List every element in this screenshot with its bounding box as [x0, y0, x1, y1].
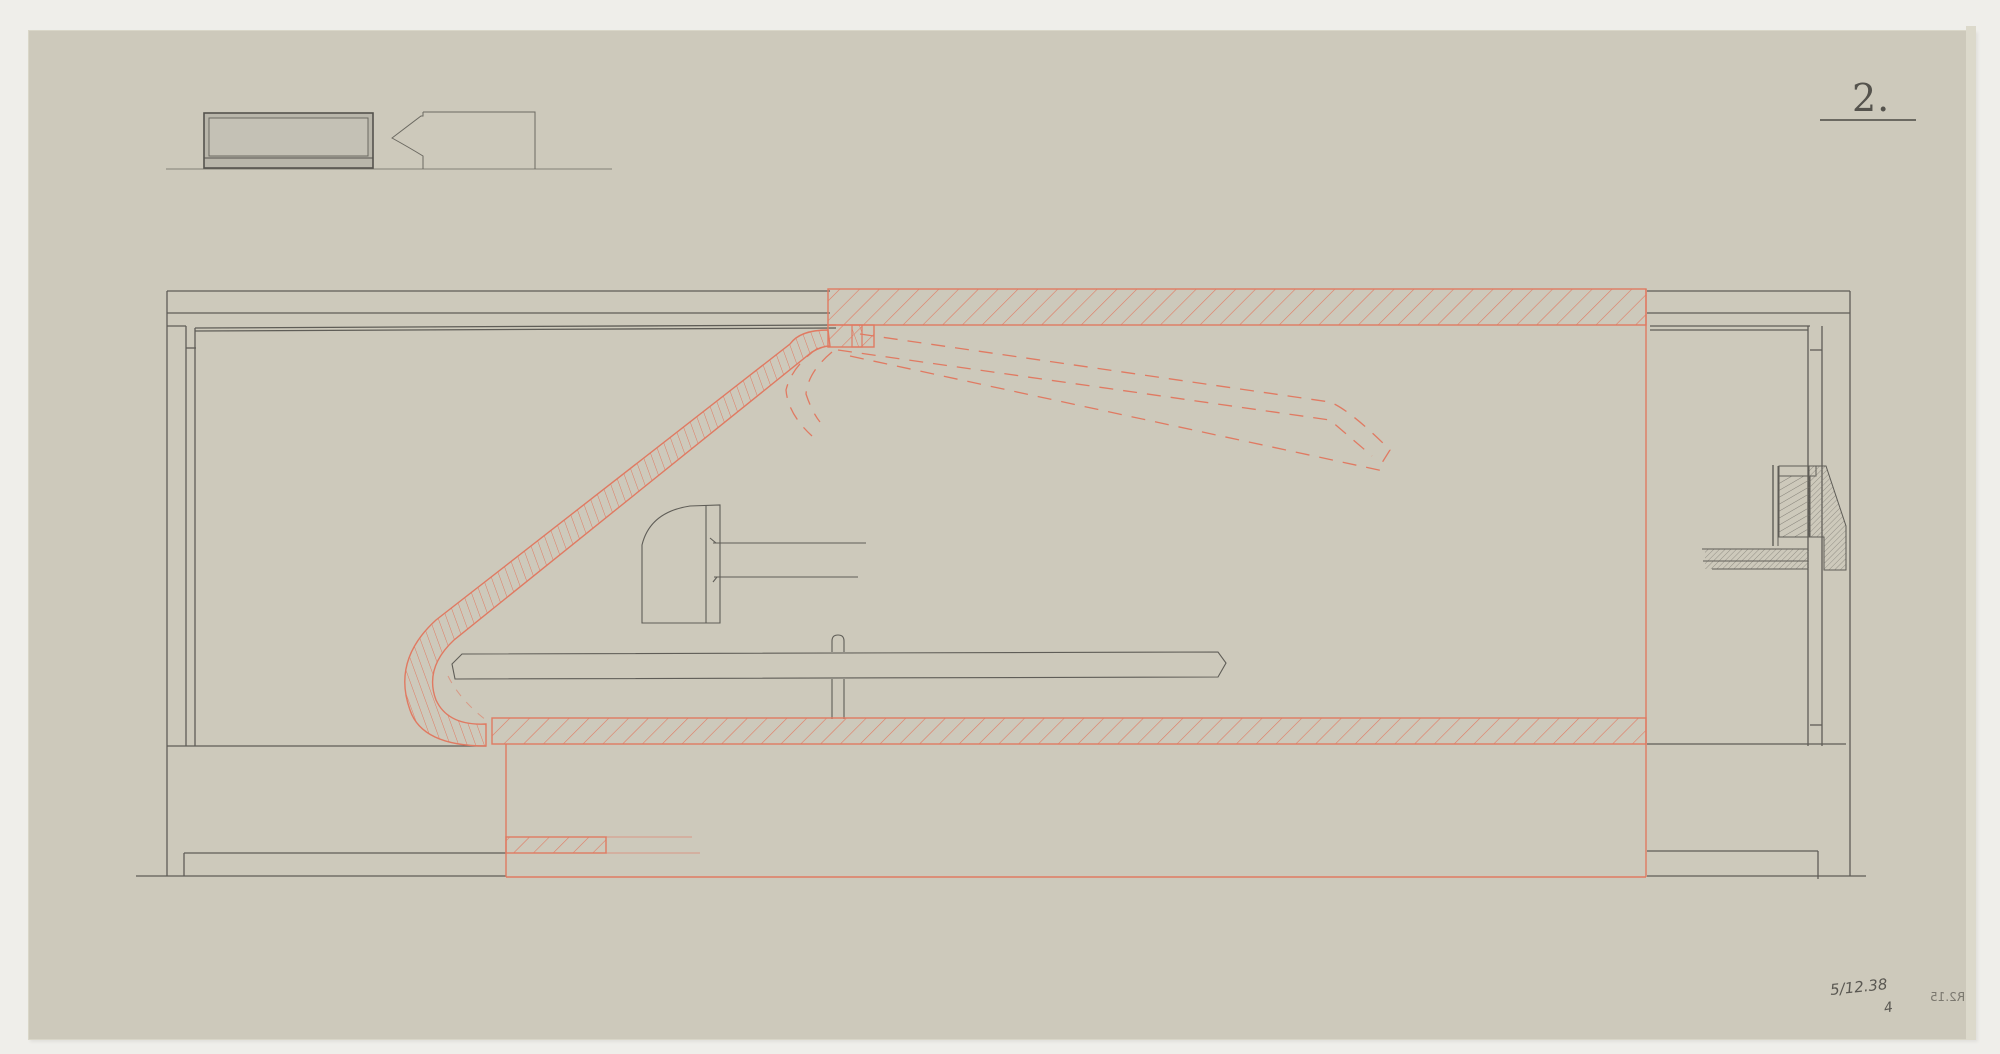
key-plan-thumbnails: [166, 112, 612, 169]
dashed-alternative-canopy: [786, 334, 1390, 472]
red-floor-slab: [492, 718, 1646, 877]
dashed-curve-hint: [448, 676, 486, 720]
thumbnail-elevation: [204, 113, 373, 168]
mirrored-annotation: R2.15: [1930, 990, 1965, 1004]
sheet-number: 2.: [1852, 76, 1890, 120]
right-wall-detail: [1702, 465, 1846, 570]
thumbnail-section: [392, 112, 535, 169]
section-drawing: [0, 0, 2000, 1054]
bench-seat-profile: [642, 505, 866, 623]
red-sloped-wall: [405, 330, 830, 746]
graphite-outline: [136, 291, 1866, 879]
counter-shelf: [452, 635, 1226, 719]
sheet-number-underline: [1820, 119, 1916, 121]
